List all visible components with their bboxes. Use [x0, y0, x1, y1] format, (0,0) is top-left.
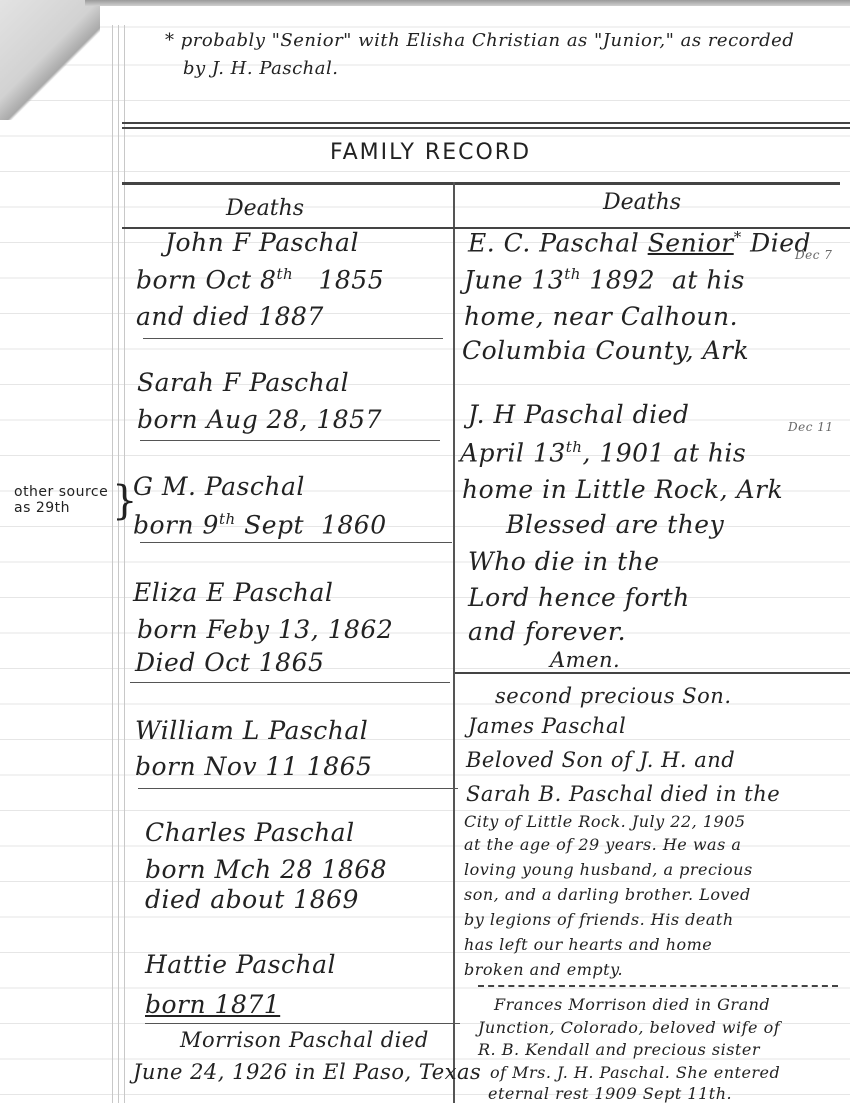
margin-note-line-1: other source [14, 484, 108, 500]
entry-underline [140, 542, 452, 543]
dashed-separator [478, 985, 838, 987]
jh-paschal-line-3: home in Little Rock, Ark [462, 475, 783, 504]
footnote-line-1: * probably "Senior" with Elisha Christia… [165, 30, 794, 51]
title-top-rule [122, 127, 850, 129]
frances-line: Frances Morrison died in Grand [494, 995, 770, 1014]
james-line: broken and empty. [464, 960, 623, 979]
ec-annotation: Dec 7 [795, 248, 832, 262]
entry-name: Eliza E Paschal [133, 578, 333, 607]
verse-line: Who die in the [468, 547, 660, 576]
entry-name: William L Paschal [135, 716, 368, 745]
verse-line: Lord hence forth [468, 583, 690, 612]
jh-paschal-line-1: J. H Paschal died [468, 400, 689, 429]
page-curl-corner [0, 0, 100, 120]
entry-line: Morrison Paschal died [180, 1028, 429, 1052]
ec-name: E. C. Paschal [468, 228, 639, 257]
james-line: by legions of friends. His death [464, 910, 734, 929]
title-top-rule [122, 122, 850, 124]
frances-line: R. B. Kendall and precious sister [478, 1040, 760, 1059]
ec-paschal-line-1: E. C. Paschal Senior* Died [468, 228, 811, 257]
entry-line: Died Oct 1865 [135, 648, 324, 677]
footnote-line-2: by J. H. Paschal. [183, 58, 338, 79]
james-line: James Paschal [468, 714, 626, 738]
margin-note-line-2: as 29th [14, 500, 108, 516]
margin-note: other source as 29th [14, 484, 108, 516]
entry-underline [145, 1023, 460, 1024]
section-rule [455, 672, 850, 674]
ec-paschal-line-2: June 13th 1892 at his [464, 265, 745, 294]
entry-name: Hattie Paschal [145, 950, 336, 979]
verse-line: and forever. [468, 617, 626, 646]
entry-line: born 1871 [145, 990, 280, 1019]
entry-line: born Feby 13, 1862 [137, 615, 393, 644]
margin-line [118, 25, 119, 1103]
entry-line: June 24, 1926 in El Paso, Texas [133, 1060, 481, 1084]
page-title: FAMILY RECORD [330, 140, 531, 165]
margin-line [112, 25, 113, 1103]
ruled-paper-background [0, 0, 850, 1103]
entry-underline [140, 440, 440, 441]
entry-line: and died 1887 [136, 302, 324, 331]
entry-line: born 9th Sept 1860 [133, 510, 387, 539]
entry-line: born Nov 11 1865 [135, 752, 372, 781]
page-top-edge [85, 0, 850, 6]
james-line: son, and a darling brother. Loved [464, 885, 751, 904]
ec-paschal-line-4: Columbia County, Ark [462, 336, 749, 365]
frances-line: of Mrs. J. H. Paschal. She entered [490, 1063, 780, 1082]
entry-underline [143, 338, 443, 339]
entry-line: born Oct 8th 1855 [136, 265, 384, 294]
ec-footnote-marker: * [734, 228, 742, 246]
footnote-marker: * [165, 30, 175, 51]
verse-line: Amen. [550, 648, 620, 672]
entry-underline [138, 788, 458, 789]
entry-name: Charles Paschal [145, 818, 355, 847]
entry-line: died about 1869 [145, 885, 359, 914]
james-line: Beloved Son of J. H. and [466, 748, 735, 772]
james-line: City of Little Rock. July 22, 1905 [464, 812, 746, 831]
james-line: Sarah B. Paschal died in the [466, 782, 780, 806]
margin-line [124, 25, 125, 1103]
entry-name: Sarah F Paschal [137, 368, 349, 397]
column-divider [453, 182, 455, 1103]
entry-line: born Aug 28, 1857 [137, 405, 382, 434]
james-line: at the age of 29 years. He was a [464, 835, 741, 854]
entry-name: John F Paschal [165, 228, 359, 257]
left-column-header: Deaths [226, 196, 304, 221]
jh-paschal-line-2: April 13th, 1901 at his [460, 438, 746, 467]
james-line: loving young husband, a precious [464, 860, 753, 879]
james-line: has left our hearts and home [464, 935, 712, 954]
ec-suffix: Senior [648, 228, 734, 257]
ec-paschal-line-3: home, near Calhoun. [464, 302, 738, 331]
frances-line: Junction, Colorado, beloved wife of [478, 1018, 780, 1037]
entry-underline [130, 682, 450, 683]
james-line: second precious Son. [495, 684, 732, 708]
entry-line: born Mch 28 1868 [145, 855, 387, 884]
jh-annotation: Dec 11 [788, 420, 834, 434]
frances-line: eternal rest 1909 Sept 11th. [488, 1084, 732, 1103]
right-column-header: Deaths [603, 190, 681, 215]
entry-name: G M. Paschal [133, 472, 305, 501]
footnote-text: probably "Senior" with Elisha Christian … [181, 30, 795, 51]
title-bottom-rule [122, 182, 840, 185]
verse-line: Blessed are they [506, 510, 724, 539]
